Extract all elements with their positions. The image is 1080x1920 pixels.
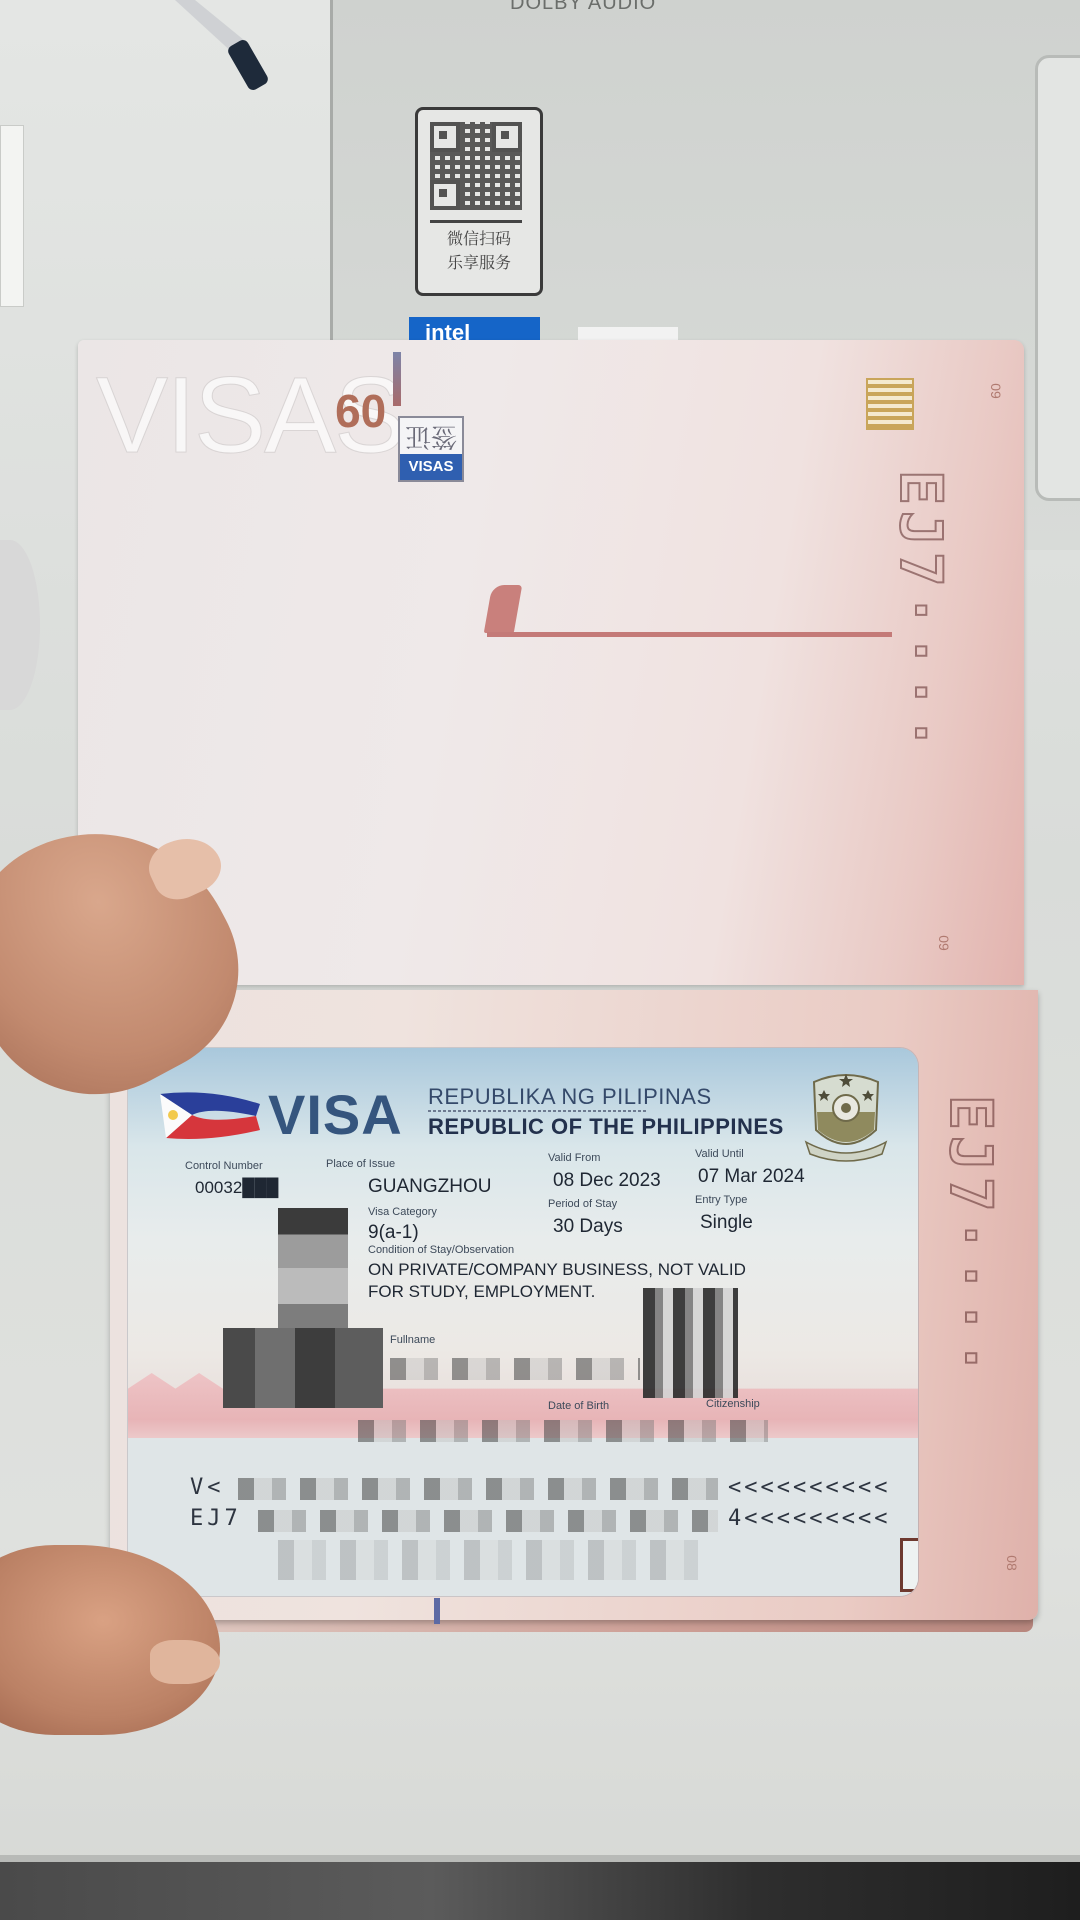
fullname-label: Fullname — [390, 1334, 435, 1346]
country-local-name: REPUBLIKA NG PILIPINAS — [428, 1084, 712, 1110]
coat-of-arms-icon — [800, 1068, 892, 1168]
condition-value-line1: ON PRIVATE/COMPANY BUSINESS, NOT VALID — [368, 1260, 746, 1280]
qr-sticker: 微信扫码 乐享服务 — [415, 107, 543, 296]
visa-sticker: VISA REPUBLIKA NG PILIPINAS REPUBLIC OF … — [128, 1048, 918, 1596]
redacted-mrz-1 — [238, 1478, 718, 1500]
corner-page-number: 09 — [988, 383, 1004, 399]
perforated-number: EJ7···· — [895, 470, 965, 870]
control-number-value: 00032███ — [195, 1178, 278, 1198]
fingernail — [150, 1640, 220, 1684]
photo-scene: DOLBY AUDIO 微信扫码 乐享服务 intel VISAS 09 签证 … — [0, 0, 1080, 1920]
visas-stamp-icon: 签证 VISAS — [398, 416, 464, 482]
citizenship-label: Citizenship — [706, 1398, 760, 1410]
qr-caption: 微信扫码 乐享服务 — [418, 228, 540, 276]
visa-qr-code-pixelated — [643, 1288, 738, 1398]
valid-until-value: 07 Mar 2024 — [698, 1166, 805, 1188]
gold-emblem-icon — [866, 378, 914, 430]
philippine-flag-icon — [160, 1090, 260, 1140]
corner-page-number: 09 — [936, 935, 952, 951]
corner-page-number: 08 — [1004, 1555, 1020, 1571]
desk-edge — [0, 1855, 1080, 1862]
period-of-stay-value: 30 Days — [553, 1216, 623, 1238]
visa-title: VISA — [268, 1082, 403, 1147]
red-line — [487, 632, 892, 637]
valid-from-label: Valid From — [548, 1152, 600, 1164]
paper-sheet — [0, 125, 24, 307]
mrz-line-2-start: EJ7 — [190, 1506, 242, 1531]
page-number: 09 — [335, 384, 386, 438]
visa-category-label: Visa Category — [368, 1206, 437, 1218]
holder-photo-pixelated — [278, 1208, 348, 1328]
stamp-english: VISAS — [400, 454, 462, 480]
qr-caption-line1: 微信扫码 — [418, 228, 540, 252]
qr-caption-line2: 乐享服务 — [418, 252, 540, 276]
divider — [430, 220, 522, 223]
visa-category-value: 9(a-1) — [368, 1222, 419, 1244]
visa-edge-mark — [900, 1538, 918, 1592]
perforation-text: EJ7···· — [937, 1095, 1005, 1381]
place-of-issue-label: Place of Issue — [326, 1158, 395, 1170]
perforated-number: EJ7···· — [945, 1095, 1015, 1495]
security-strip — [393, 352, 401, 406]
redacted-mrz-2 — [258, 1510, 718, 1532]
pen-icon — [175, 0, 285, 100]
floor — [0, 1862, 1080, 1920]
holder-photo-pixelated — [223, 1328, 383, 1408]
background-object — [0, 540, 40, 710]
redacted-fullname — [390, 1358, 640, 1380]
control-number-label: Control Number — [185, 1160, 263, 1172]
period-of-stay-label: Period of Stay — [548, 1198, 617, 1210]
mrz-line-1-end: <<<<<<<<<< — [728, 1475, 890, 1500]
valid-until-label: Valid Until — [695, 1148, 744, 1160]
place-of-issue-value: GUANGZHOU — [368, 1176, 492, 1198]
security-strip — [434, 1598, 440, 1624]
mrz-line-1-start: V< — [190, 1475, 225, 1500]
qr-code-icon — [430, 122, 522, 210]
condition-label: Condition of Stay/Observation — [368, 1244, 514, 1256]
entry-type-label: Entry Type — [695, 1194, 747, 1206]
laptop-brand-label: DOLBY AUDIO — [510, 0, 656, 15]
redacted-mrz-3 — [278, 1540, 698, 1580]
condition-value-line2: FOR STUDY, EMPLOYMENT. — [368, 1282, 595, 1302]
valid-from-value: 08 Dec 2023 — [553, 1170, 661, 1192]
laptop-corner — [1035, 55, 1080, 501]
entry-type-value: Single — [700, 1212, 753, 1234]
divider — [428, 1110, 646, 1112]
date-of-birth-label: Date of Birth — [548, 1400, 609, 1412]
stamp-chinese: 签证 — [400, 420, 462, 457]
perforation-text: EJ7···· — [887, 470, 955, 756]
redacted-details — [358, 1420, 768, 1442]
mrz-line-2-end: 4<<<<<<<<< — [728, 1506, 890, 1531]
country-english-name: REPUBLIC OF THE PHILIPPINES — [428, 1114, 784, 1140]
